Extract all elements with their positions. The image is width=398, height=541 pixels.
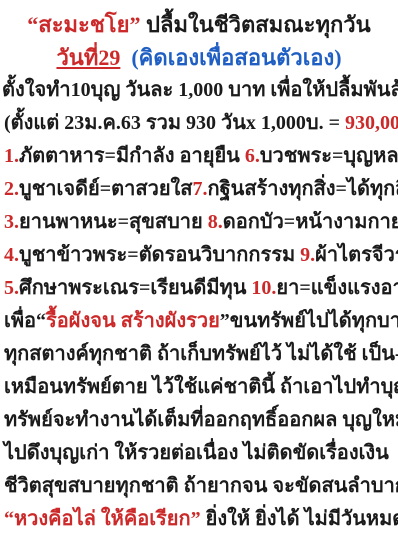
text-segment: ยา=แข็งแรงอายุยืน	[276, 277, 398, 299]
text-segment: วันที่29	[56, 45, 120, 70]
text-line: 3.ยานพาหนะ=สุขสบาย 8.ดอกบัว=หน้างามกายหอ…	[2, 206, 396, 239]
text-segment: ตั้งใจทํา10บุญ วันละ 1,000 บาท เพื่อให้ป…	[2, 79, 398, 101]
text-segment: รื้อผังจน สร้างผังรวย	[46, 310, 220, 332]
text-segment: เหมือนทรัพย์ตาย ไว้ใช้แค่ชาตินี้ ถ้าเอาไ…	[4, 376, 398, 398]
text-segment: 5.	[4, 277, 19, 299]
text-line: 4.บูชาข้าวพระ=ตัดรอนวิบากกรรม 9.ผ้าไตรจี…	[2, 239, 396, 272]
text-line: ตั้งใจทํา10บุญ วันละ 1,000 บาท เพื่อให้ป…	[2, 74, 396, 107]
text-line: เพื่อ“รื้อผังจน สร้างผังรวย”ขนทรัพย์ไปได…	[2, 305, 396, 338]
text-segment: ยิ่งให้ ยิ่งได้ ไม่มีวันหมด	[201, 508, 398, 530]
text-segment: 10.	[251, 277, 276, 299]
text-line: “สะมะชโย” ปลื้มในชีวิตสมณะทุกวัน	[2, 8, 396, 41]
text-segment: 930,000บ.	[345, 112, 398, 134]
document-body: “สะมะชโย” ปลื้มในชีวิตสมณะทุกวันวันที่29…	[2, 8, 396, 536]
text-line: วันที่29 (คิดเองเพื่อสอนตัวเอง)	[2, 41, 396, 74]
text-segment: ”ขนทรัพย์ไปได้ทุกบาท	[220, 310, 398, 332]
text-segment: “สะมะชโย”	[27, 12, 140, 37]
text-segment: ไปดึงบุญเก่า ให้รวยต่อเนื่อง ไม่ติดขัดเร…	[4, 442, 389, 464]
text-segment: ชีวิตสุขสบายทุกชาติ ถ้ายากจน จะขัดสนลําบ…	[4, 475, 398, 497]
text-segment: 4.	[4, 244, 19, 266]
text-line: ทรัพย์จะทํางานได้เต็มที่ออกฤทธิ์ออกผล บุ…	[2, 404, 396, 437]
text-segment: (ตั้งแต่ 23ม.ค.63 รวม 930 วันx 1,000บ. =	[4, 112, 345, 134]
text-segment: “หวงคือไล่ ให้คือเรียก”	[4, 508, 201, 530]
text-segment: ทรัพย์จะทํางานได้เต็มที่ออกฤทธิ์ออกผล บุ…	[4, 409, 398, 431]
text-segment: ผ้าไตรจีวร=ผิวดี	[315, 244, 398, 266]
text-line: เหมือนทรัพย์ตาย ไว้ใช้แค่ชาตินี้ ถ้าเอาไ…	[2, 371, 396, 404]
text-segment: 7.	[193, 178, 208, 200]
text-segment: 3.	[4, 211, 19, 233]
text-line: 2.บูชาเจดีย์=ตาสวยใส7.กฐินสร้างทุกสิ่ง=ไ…	[2, 173, 396, 206]
text-segment: บูชาเจดีย์=ตาสวยใส	[19, 178, 193, 200]
text-segment: 1.	[4, 145, 19, 167]
text-segment: 2.	[4, 178, 19, 200]
text-line: 1.ภัตตาหาร=มีกําลัง อายุยืน 6.บวชพระ=บุญ…	[2, 140, 396, 173]
text-segment: ภัตตาหาร=มีกําลัง อายุยืน	[19, 145, 245, 167]
text-segment: บูชาข้าวพระ=ตัดรอนวิบากกรรม	[19, 244, 300, 266]
text-segment: ดอกบัว=หน้างามกายหอม	[223, 211, 398, 233]
text-segment: ทุกสตางค์ทุกชาติ ถ้าเก็บทรัพย์ไว้ ไม่ได้…	[4, 343, 398, 365]
text-segment: 9.	[300, 244, 315, 266]
text-line: “หวงคือไล่ ให้คือเรียก” ยิ่งให้ ยิ่งได้ …	[2, 503, 396, 536]
text-segment: (คิดเองเพื่อสอนตัวเอง)	[120, 45, 341, 70]
text-line: ชีวิตสุขสบายทุกชาติ ถ้ายากจน จะขัดสนลําบ…	[2, 470, 396, 503]
text-segment: 8.	[208, 211, 223, 233]
text-segment: กฐินสร้างทุกสิ่ง=ได้ทุกสิ่งที่หวัง	[208, 178, 398, 200]
text-segment: 6.	[245, 145, 260, 167]
text-line: ทุกสตางค์ทุกชาติ ถ้าเก็บทรัพย์ไว้ ไม่ได้…	[2, 338, 396, 371]
document-page: “สะมะชโย” ปลื้มในชีวิตสมณะทุกวันวันที่29…	[0, 0, 398, 541]
text-line: ไปดึงบุญเก่า ให้รวยต่อเนื่อง ไม่ติดขัดเร…	[2, 437, 396, 470]
text-segment: ยานพาหนะ=สุขสบาย	[19, 211, 208, 233]
text-segment: ปลื้มในชีวิตสมณะทุกวัน	[141, 12, 371, 37]
text-line: (ตั้งแต่ 23ม.ค.63 รวม 930 วันx 1,000บ. =…	[2, 107, 396, 140]
text-segment: เพื่อ“	[4, 310, 46, 332]
text-segment: ศึกษาพระเณร=เรียนดีมีทุน	[19, 277, 251, 299]
text-line: 5.ศึกษาพระเณร=เรียนดีมีทุน 10.ยา=แข็งแรง…	[2, 272, 396, 305]
text-segment: บวชพระ=บุญหลายกัป	[260, 145, 398, 167]
